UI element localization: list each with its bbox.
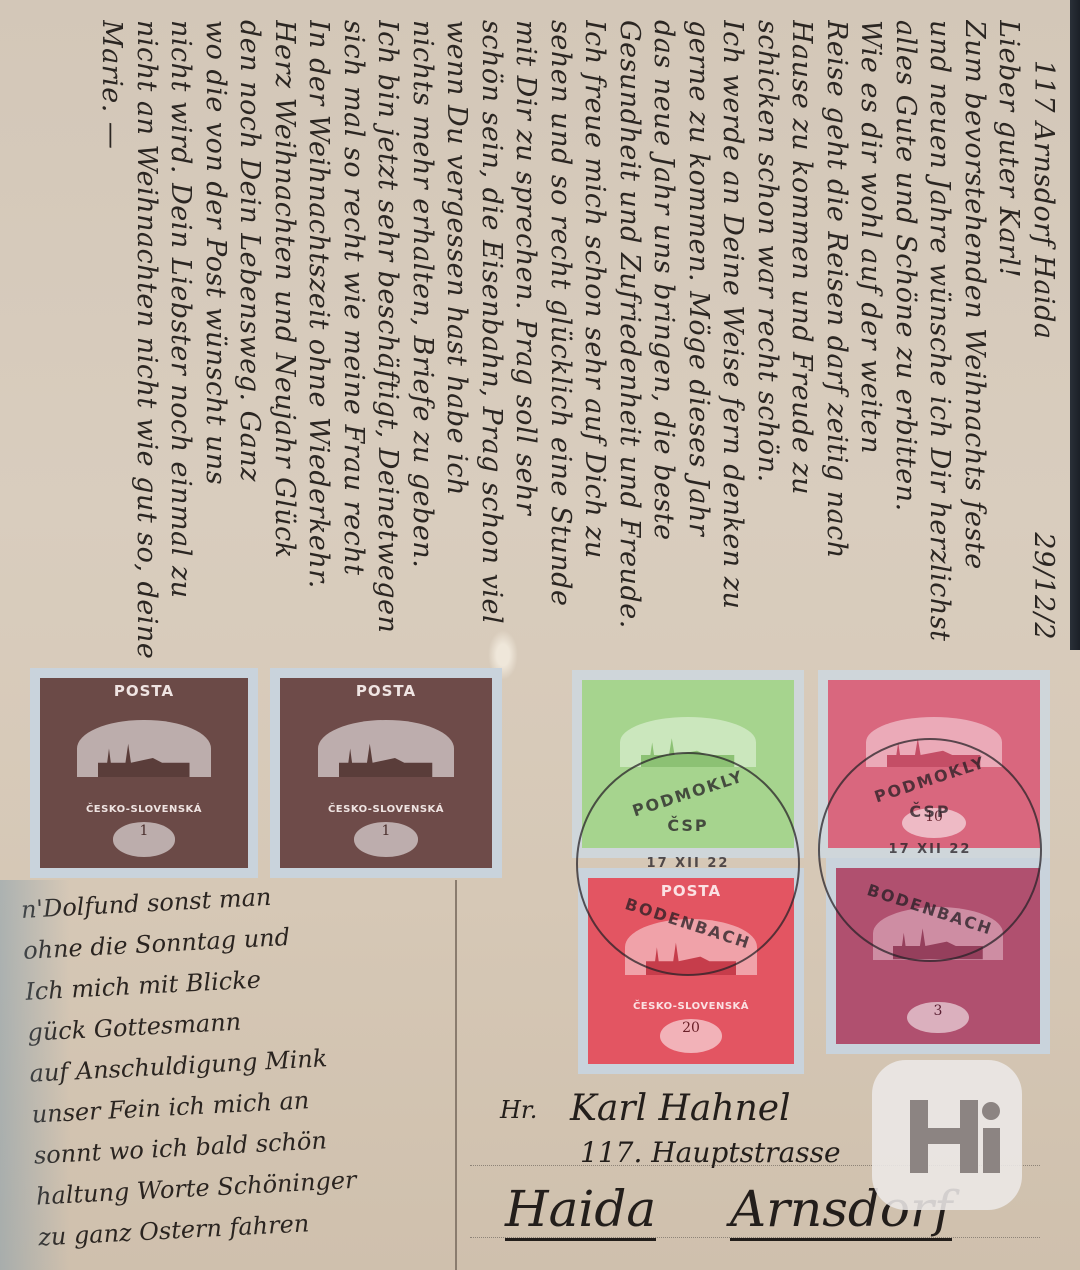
background-edge — [1070, 0, 1080, 650]
address-prefix: Hr. — [500, 1096, 537, 1124]
stamp-20-haler: POSTA ČESKO-SLOVENSKÁ 20 — [578, 868, 804, 1074]
letter-line: nicht an Weihnachten nicht wie gut so, d… — [129, 20, 164, 680]
letter-line: gerne zu kommen. Möge dieses Jahr — [681, 20, 716, 680]
glare — [0, 880, 70, 1270]
address-street: 117. Hauptstrasse — [580, 1136, 841, 1169]
letter-line: sich mal so recht wie meine Frau recht — [336, 20, 371, 680]
address-town: Haida — [505, 1180, 656, 1241]
letter-line: mit Dir zu sprechen. Prag soll sehr — [508, 20, 543, 680]
letter-line: Ich werde an Deine Weise fern denken zu — [715, 20, 750, 680]
letter-line: schicken schon war recht schön. — [750, 20, 785, 680]
address-name: Karl Hahnel — [570, 1088, 791, 1129]
letter-line: Marie. — — [94, 20, 129, 680]
letter-line: nicht wird. Dein Liebster noch einmal zu — [163, 20, 198, 680]
stamp-green — [572, 670, 804, 858]
letter-line: und neuen Jahre wünsche ich Dir herzlich… — [922, 20, 957, 680]
letter-line: das neue Jahr uns bringen, die beste — [646, 20, 681, 680]
stamp-1-haler: POSTA ČESKO-SLOVENSKÁ 1 — [30, 668, 258, 878]
logo-letter-i-dot — [982, 1102, 1000, 1120]
letter-line: In der Weihnachtszeit ohne Wiederkehr. — [301, 20, 336, 680]
watermark-logo — [872, 1060, 1022, 1210]
letter-line: Hause zu kommen und Freude zu — [784, 20, 819, 680]
letter-line: Gesundheit und Zufriedenheit und Freude. — [612, 20, 647, 680]
handwritten-letter: 29/12/2 117 Arnsdorf HaidaLieber guter K… — [0, 20, 1060, 680]
stamp-10-haler: 10 — [818, 670, 1050, 858]
letter-line: wo die von der Post wünscht uns — [198, 20, 233, 680]
letter-line: Herz Weihnachten und Neujahr Glück — [267, 20, 302, 680]
letter-line: Zum bevorstehenden Weihnachts feste — [957, 20, 992, 680]
letter-line: Lieber guter Karl! — [991, 20, 1026, 680]
letter-line: alles Gute und Schöne zu erbitten. — [888, 20, 923, 680]
letter-line: schön sein, die Eisenbahn, Prag schon vi… — [474, 20, 509, 680]
letter-line: Ich freue mich schon sehr auf Dich zu — [577, 20, 612, 680]
letter-line: Ich bin jetzt sehr beschäftigt, Deinetwe… — [370, 20, 405, 680]
stamp-3-haler: 3 — [826, 858, 1050, 1054]
side-note: n'Dolfund sonst manohne die Sonntag undI… — [20, 867, 479, 1270]
logo-letter-i — [983, 1128, 1000, 1173]
postcard: 29/12/2 117 Arnsdorf HaidaLieber guter K… — [0, 0, 1080, 1270]
letter-line: Wie es dir wohl auf der weiten — [853, 20, 888, 680]
letter-line: Reise geht die Reisen darf zeitig nach — [819, 20, 854, 680]
stamp-1-haler: POSTA ČESKO-SLOVENSKÁ 1 — [270, 668, 502, 878]
logo-letter-h — [910, 1100, 978, 1173]
letter-date: 29/12/2 — [1026, 532, 1061, 640]
letter-line: wenn Du vergessen hast habe ich — [439, 20, 474, 680]
letter-line: den noch Dein Lebensweg. Ganz — [232, 20, 267, 680]
letter-line: sehen und so recht glücklich eine Stunde — [543, 20, 578, 680]
letter-line: nichts mehr erhalten, Briefe zu geben. — [405, 20, 440, 680]
